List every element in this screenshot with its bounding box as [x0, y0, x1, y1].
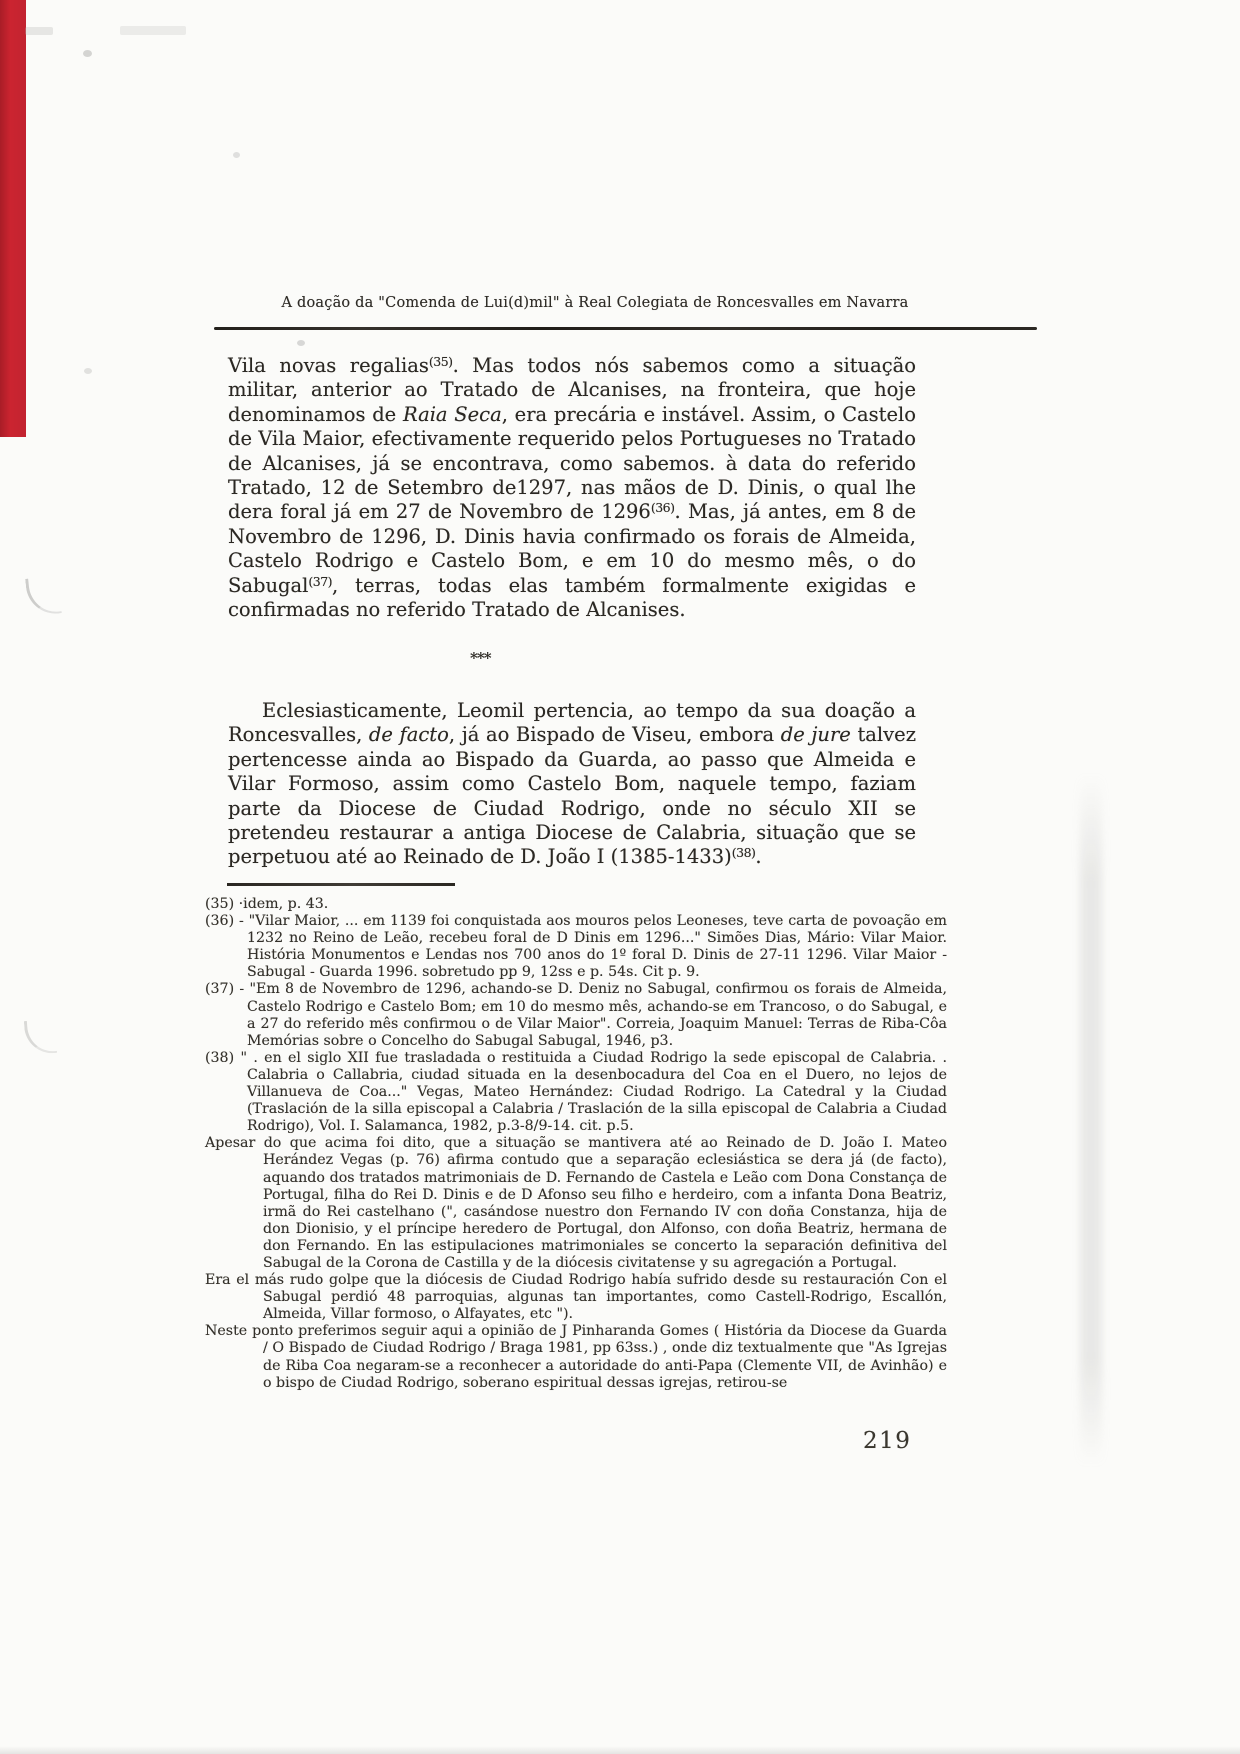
scan-artifact-curve [25, 575, 62, 616]
footnote-continuation-1: Apesar do que acima foi dito, que a situ… [205, 1135, 947, 1272]
scan-artifact-speck [233, 152, 240, 158]
red-margin-stripe [0, 0, 26, 437]
footnote-36: (36) - "Vilar Maior, ... em 1139 foi con… [205, 913, 947, 981]
scan-artifact-mark [120, 26, 186, 35]
footnote-38-label: (38) [205, 1050, 234, 1066]
footnote-35: (35) ·idem, p. 43. [205, 896, 947, 913]
footnote-35-label: (35) [205, 896, 234, 912]
footnote-36-label: (36) [205, 913, 234, 929]
header-rule [214, 327, 1037, 330]
footnote-38: (38) " . en el siglo XII fue trasladada … [205, 1050, 947, 1135]
footnote-35-text: ·idem, p. 43. [239, 896, 329, 912]
section-separator: *** [470, 649, 491, 667]
footnote-continuation-3: Neste ponto preferimos seguir aqui a opi… [205, 1323, 947, 1391]
scan-artifact-mark [25, 27, 53, 35]
scan-artifact-curve [24, 1019, 57, 1055]
scan-artifact-speck [297, 340, 305, 346]
footnote-37-text: - "Em 8 de Novembro de 1296, achando-se … [239, 981, 947, 1048]
page-number: 219 [863, 1428, 911, 1454]
scan-bottom-shadow [0, 1746, 1240, 1754]
footnote-38-text: " . en el siglo XII fue trasladada o res… [240, 1050, 947, 1134]
footnote-continuation-2: Era el más rudo golpe que la diócesis de… [205, 1272, 947, 1323]
running-header-title: A doação da "Comenda de Lui(d)mil" à Rea… [240, 295, 950, 311]
scan-edge-shadow [1080, 775, 1102, 1465]
footnote-37: (37) - "Em 8 de Novembro de 1296, achand… [205, 981, 947, 1049]
footnote-36-text: - "Vilar Maior, ... em 1139 foi conquist… [239, 913, 947, 980]
footnote-rule [227, 883, 455, 886]
scan-artifact-speck [83, 50, 92, 57]
footnote-37-label: (37) [205, 981, 234, 997]
scan-artifact-speck [84, 368, 92, 374]
body-paragraph-1: Vila novas regalias(35). Mas todos nós s… [228, 354, 916, 622]
body-paragraph-2: Eclesiasticamente, Leomil pertencia, ao … [228, 699, 916, 870]
scanned-document-page: A doação da "Comenda de Lui(d)mil" à Rea… [0, 0, 1240, 1754]
footnotes-section: (35) ·idem, p. 43. (36) - "Vilar Maior, … [205, 896, 947, 1392]
